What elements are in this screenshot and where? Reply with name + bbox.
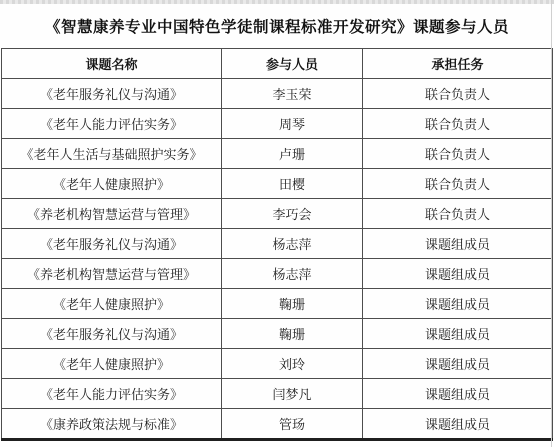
table-row: 《老年人能力评估实务》周琴联合负责人 [2,108,553,138]
participant-cell: 闫梦凡 [222,378,363,408]
page-title: 《智慧康养专业中国特色学徒制课程标准开发研究》课题参与人员 [0,4,554,48]
table-row: 《老年人生活与基础照护实务》卢珊联合负责人 [2,138,553,168]
participant-cell: 杨志萍 [222,228,363,258]
table-row: 《老年人健康照护》鞠珊课题组成员 [2,288,553,318]
participants-table: 课题名称 参与人员 承担任务 《老年服务礼仪与沟通》李玉荣联合负责人《老年人能力… [1,48,553,441]
course-name-cell: 《老年人健康照护》 [2,168,222,198]
participant-cell: 李玉荣 [222,78,363,108]
participant-cell: 管玚 [222,408,363,439]
participant-cell: 周琴 [222,108,363,138]
participant-cell: 田樱 [222,168,363,198]
header-course-name: 课题名称 [2,48,222,78]
participant-cell: 鞠珊 [222,288,363,318]
participant-cell: 杨志萍 [222,258,363,288]
role-cell: 联合负责人 [363,138,553,168]
participant-cell: 鞠珊 [222,318,363,348]
header-role: 承担任务 [363,48,553,78]
role-cell: 课题组成员 [363,288,553,318]
course-name-cell: 《老年服务礼仪与沟通》 [2,228,222,258]
course-name-cell: 《康养政策法规与标准》 [2,408,222,439]
role-cell: 课题组成员 [363,228,553,258]
role-cell: 联合负责人 [363,78,553,108]
participant-cell: 李巧会 [222,198,363,228]
course-name-cell: 《老年人健康照护》 [2,288,222,318]
course-name-cell: 《老年服务礼仪与沟通》 [2,78,222,108]
role-cell: 课题组成员 [363,348,553,378]
course-name-cell: 《老年人健康照护》 [2,348,222,378]
role-cell: 联合负责人 [363,168,553,198]
table-row: 《养老机构智慧运营与管理》杨志萍课题组成员 [2,258,553,288]
role-cell: 联合负责人 [363,108,553,138]
table-row: 《老年人健康照护》田樱联合负责人 [2,168,553,198]
table-row: 《老年服务礼仪与沟通》杨志萍课题组成员 [2,228,553,258]
table-row: 《老年人健康照护》刘玲课题组成员 [2,348,553,378]
table-row: 《康养政策法规与标准》管玚课题组成员 [2,408,553,439]
course-name-cell: 《养老机构智慧运营与管理》 [2,258,222,288]
table-row: 《老年服务礼仪与沟通》李玉荣联合负责人 [2,78,553,108]
role-cell: 课题组成员 [363,258,553,288]
course-name-cell: 《老年服务礼仪与沟通》 [2,318,222,348]
window-right-edge [551,0,552,447]
course-name-cell: 《老年人生活与基础照护实务》 [2,138,222,168]
role-cell: 课题组成员 [363,378,553,408]
course-name-cell: 《老年人能力评估实务》 [2,108,222,138]
role-cell: 课题组成员 [363,408,553,439]
role-cell: 课题组成员 [363,318,553,348]
participant-cell: 卢珊 [222,138,363,168]
table-row: 《养老机构智慧运营与管理》李巧会联合负责人 [2,198,553,228]
role-cell: 联合负责人 [363,198,553,228]
table-row: 《老年人能力评估实务》闫梦凡课题组成员 [2,378,553,408]
participant-cell: 刘玲 [222,348,363,378]
header-participant: 参与人员 [222,48,363,78]
table-header-row: 课题名称 参与人员 承担任务 [2,48,553,78]
course-name-cell: 《养老机构智慧运营与管理》 [2,198,222,228]
table-row: 《老年服务礼仪与沟通》鞠珊课题组成员 [2,318,553,348]
document-page: 《智慧康养专业中国特色学徒制课程标准开发研究》课题参与人员 课题名称 参与人员 … [0,0,554,447]
table-body: 《老年服务礼仪与沟通》李玉荣联合负责人《老年人能力评估实务》周琴联合负责人《老年… [2,78,553,439]
course-name-cell: 《老年人能力评估实务》 [2,378,222,408]
